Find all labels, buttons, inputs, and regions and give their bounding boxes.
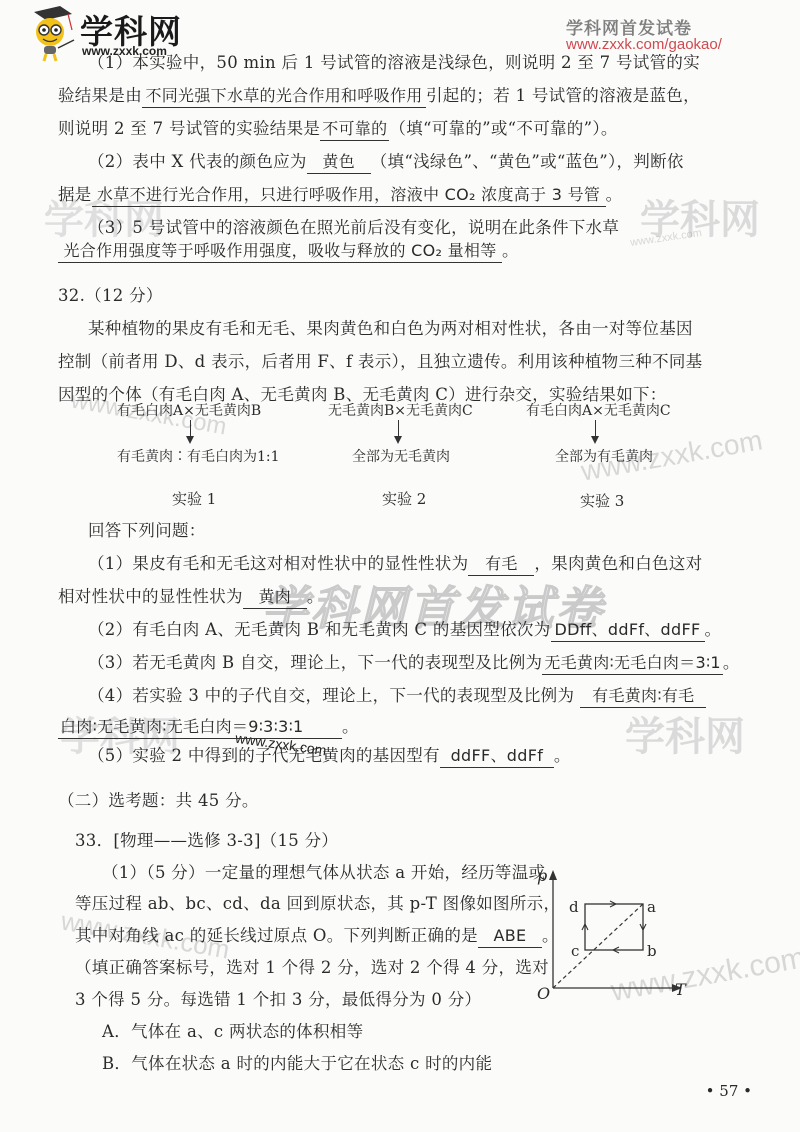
q33-p1-line5: 3 个得 5 分。每选错 1 个扣 3 分，最低得分为 0 分）	[75, 989, 481, 1011]
q32-s5-pre: （5）实验 2 中得到的子代无毛黄肉的基因型有	[88, 746, 440, 765]
pt-graph: p T O d a b c	[535, 868, 685, 998]
q32-s4-line1: （4）若实验 3 中的子代自交，理论上，下一代的表现型及比例为有毛黄肉∶有毛	[88, 685, 706, 708]
watermark-brand-mid-right: 学科网	[625, 705, 745, 762]
experiment-3-label: 实验 3	[580, 490, 624, 511]
q32-s1-line1-pre: （1）果皮有毛和无毛这对相对性状中的显性性状为	[88, 554, 468, 573]
watermark-brand-right: 学科网	[640, 188, 760, 245]
q32-s2-pre: （2）有毛白肉 A、无毛黄肉 B 和无毛黄肉 C 的基因型依次为	[88, 620, 551, 639]
q33-p1-line3: 其中对角线 ac 的延长线过原点 O。下列判断正确的是ABE。	[75, 925, 559, 948]
point-d-label: d	[569, 898, 579, 916]
q32-s3: （3）若无毛黄肉 B 自交，理论上，下一代的表现型及比例为无毛黄肉∶无毛白肉＝3…	[88, 652, 740, 675]
q31-p2-line2: 据是水草不进行光合作用，只进行呼吸作用，溶液中 CO₂ 浓度高于 3 号管。	[58, 184, 622, 207]
q31-answer-5: 光合作用强度等于呼吸作用强度，吸收与释放的 CO₂ 量相等	[58, 240, 502, 263]
q32-s4-line1-pre: （4）若实验 3 中的子代自交，理论上，下一代的表现型及比例为	[88, 686, 574, 705]
q32-s1-line1-post: ，果肉黄色和白色这对	[534, 554, 702, 573]
q31-answer-3: 黄色	[307, 151, 371, 174]
arrow-down-icon	[595, 420, 596, 442]
q31-p1-line3: 则说明 2 至 7 号试管的实验结果是不可靠的（填“可靠的”或“不可靠的”）。	[58, 118, 618, 141]
watermark-url-right: www.zxxk.com	[630, 227, 703, 249]
q32-s4-line2: 白肉∶无毛黄肉∶无毛白肉＝9∶3∶3∶1。	[58, 716, 359, 739]
experiment-2-label: 实验 2	[382, 488, 426, 509]
q32-intro-line2: 控制（前者用 D、d 表示，后者用 F、f 表示），且独立遗传。利用该种植物三种…	[58, 351, 702, 373]
q33-answer-1: ABE	[478, 925, 542, 948]
q33-p1-line4: （填正确答案标号，选对 1 个得 2 分，选对 2 个得 4 分，选对	[75, 957, 549, 979]
q31-p2-line1: （2）表中 X 代表的颜色应为黄色（填“浅绿色”、“黄色”或“蓝色”），判断依	[88, 151, 684, 174]
q32-answer-5b: 白肉∶无毛黄肉∶无毛白肉＝9∶3∶3∶1	[58, 716, 342, 739]
q31-p1-line2-pre: 验结果是由	[58, 86, 142, 105]
q33-option-b: B．气体在状态 a 时的内能大于它在状态 c 时的内能	[102, 1053, 492, 1075]
section2-heading: （二）选考题：共 45 分。	[58, 790, 259, 812]
q32-s4-line2-post: 。	[342, 717, 359, 736]
experiment-3-parents: 有毛白肉A×无毛黄肉C	[526, 400, 671, 420]
q32-s1-line2-pre: 相对性状中的显性性状为	[58, 587, 243, 606]
q32-s5-post: 。	[554, 746, 571, 765]
q32-s1-line1: （1）果皮有毛和无毛这对相对性状中的显性性状为有毛，果肉黄色和白色这对	[88, 553, 702, 576]
q32-s5: （5）实验 2 中得到的子代无毛黄肉的基因型有ddFF、ddFf。	[88, 745, 571, 768]
point-c-label: c	[571, 942, 579, 960]
q31-p2-line1-pre: （2）表中 X 代表的颜色应为	[88, 152, 307, 171]
q33-p1-line2: 等压过程 ab、bc、cd、da 回到原状态，其 p-T 图像如图所示，	[75, 893, 560, 915]
point-b-label: b	[647, 942, 657, 960]
q31-p3-line2: 光合作用强度等于呼吸作用强度，吸收与释放的 CO₂ 量相等。	[58, 240, 519, 263]
experiment-1-result: 有毛黄肉∶有毛白肉为1:1	[117, 446, 280, 466]
q31-p1-line3-post: （填“可靠的”或“不可靠的”）。	[389, 119, 617, 138]
header-right-url[interactable]: www.zxxk.com/gaokao/	[566, 36, 722, 53]
q32-s3-post: 。	[723, 653, 740, 672]
mascot-icon	[28, 6, 80, 62]
q31-p1-line2: 验结果是由不同光强下水草的光合作用和呼吸作用引起的；若 1 号试管的溶液是蓝色，	[58, 85, 700, 108]
q31-answer-4: 水草不进行光合作用，只进行呼吸作用，溶液中 CO₂ 浓度高于 3 号管	[92, 184, 606, 207]
q32-s1-line2-post: 。	[307, 587, 324, 606]
q33-p1-line3-pre: 其中对角线 ac 的延长线过原点 O。下列判断正确的是	[75, 926, 478, 945]
q31-p3-line2-post: 。	[502, 241, 519, 260]
q32-answer-1: 有毛	[468, 553, 534, 576]
q31-answer-2: 不可靠的	[320, 118, 389, 141]
arrow-down-icon	[190, 420, 191, 442]
q31-p2-line1-post: （填“浅绿色”、“黄色”或“蓝色”），判断依	[371, 152, 684, 171]
q32-answer-prompt: 回答下列问题：	[88, 520, 206, 542]
q32-answer-3: DDff、ddFf、ddFF	[551, 619, 705, 642]
q31-p1-line3-pre: 则说明 2 至 7 号试管的实验结果是	[58, 119, 320, 138]
q32-answer-6: ddFF、ddFf	[440, 745, 554, 768]
experiment-1-label: 实验 1	[172, 488, 216, 509]
q32-intro-line1: 某种植物的果皮有毛和无毛、果肉黄色和白色为两对相对性状，各由一对等位基因	[88, 318, 693, 340]
x-axis-label: T	[675, 980, 686, 999]
origin-label: O	[537, 984, 550, 1003]
q32-answer-4: 无毛黄肉∶无毛白肉＝3∶1	[542, 652, 723, 675]
q33-heading: 33．[物理——选修 3-3]（15 分）	[75, 830, 338, 852]
q33-option-a: A．气体在 a、c 两状态的体积相等	[102, 1021, 363, 1043]
q32-answer-2: 黄肉	[243, 586, 307, 609]
q31-p1-line2-post: 引起的；若 1 号试管的溶液是蓝色，	[426, 86, 700, 105]
pt-graph-svg	[535, 868, 685, 998]
q32-heading: 32.（12 分）	[58, 285, 163, 307]
q33-p1-line1: （1）（5 分）一定量的理想气体从状态 a 开始，经历等温或	[102, 862, 545, 884]
point-a-label: a	[647, 898, 656, 916]
q32-answer-5a: 有毛黄肉∶有毛	[580, 685, 706, 708]
page-number: • 57 •	[706, 1082, 752, 1100]
q32-s3-pre: （3）若无毛黄肉 B 自交，理论上，下一代的表现型及比例为	[88, 653, 542, 672]
q31-p1-line1: （1）本实验中，50 min 后 1 号试管的溶液是浅绿色，则说明 2 至 7 …	[88, 52, 700, 74]
q31-answer-1: 不同光强下水草的光合作用和呼吸作用	[142, 85, 426, 108]
arrow-down-icon	[398, 420, 399, 442]
experiment-2-parents: 无毛黄肉B×无毛黄肉C	[328, 400, 473, 420]
q32-s1-line2: 相对性状中的显性性状为黄肉。	[58, 586, 324, 609]
y-axis-label: p	[537, 866, 547, 885]
q32-s2-post: 。	[705, 620, 722, 639]
q31-p2-line2-pre: 据是	[58, 185, 92, 204]
q31-p3-line1: （3）5 号试管中的溶液颜色在照光前后没有变化，说明在此条件下水草	[88, 217, 619, 239]
q32-s2: （2）有毛白肉 A、无毛黄肉 B 和无毛黄肉 C 的基因型依次为DDff、ddF…	[88, 619, 721, 642]
q31-p2-line2-post: 。	[606, 185, 623, 204]
experiment-2-result: 全部为无毛黄肉	[352, 446, 450, 466]
experiment-3-result: 全部为有毛黄肉	[555, 446, 653, 466]
experiment-1-parents: 有毛白肉A×无毛黄肉B	[117, 400, 261, 420]
